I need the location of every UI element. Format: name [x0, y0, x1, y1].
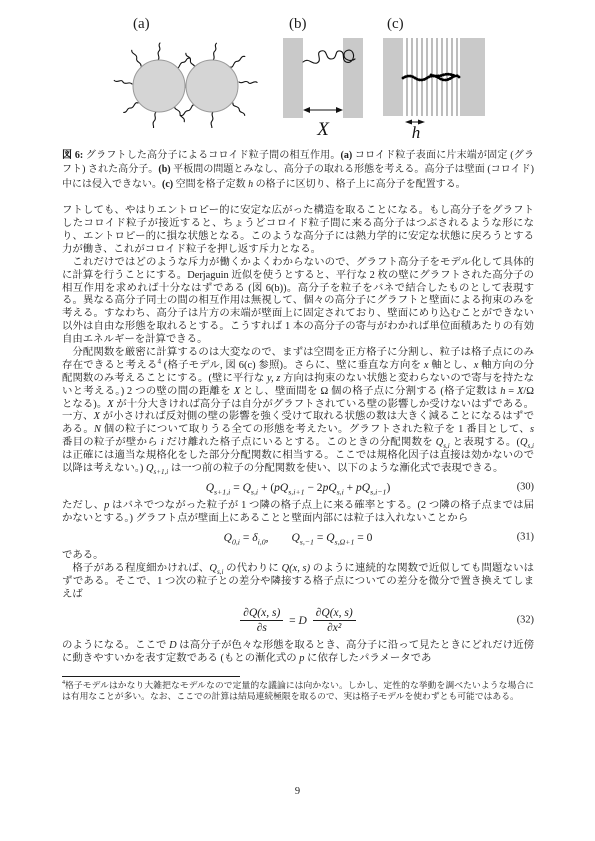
paragraph-6: 格子がある程度細かければ、Qs,i の代わりに Q(x, s) のように連続的な…: [62, 563, 534, 602]
equation-32: ∂Q(x, s) ∂s = D ∂Q(x, s) ∂x² (32): [62, 607, 534, 635]
equation-30: Qs+1,i = Qs,i + (pQs,i+1 − 2pQs,i + pQs,…: [62, 481, 534, 495]
left-wall: [283, 38, 303, 118]
footnote-separator: [62, 676, 240, 677]
equation-31-body: Q0,i = δi,0, Qs,−1 = Qs,Ω+1 = 0: [224, 532, 373, 544]
equation-30-body: Qs+1,i = Qs,i + (pQs,i+1 − 2pQs,i + pQs,…: [206, 482, 391, 494]
page-content: (a): [62, 14, 534, 703]
distance-arrow-x: [303, 107, 343, 113]
body-text: フトしても、やはりエントロピー的に安定な広がった構造を取ることになる。もし高分子…: [62, 205, 534, 666]
frac-denominator: ∂x²: [313, 621, 356, 635]
x-label: X: [316, 119, 330, 140]
subfigure-c: (c): [383, 14, 485, 140]
paragraph-5: である。: [62, 550, 534, 563]
subfigure-a: (a): [111, 14, 263, 128]
subfigure-b-label: (b): [289, 14, 363, 36]
figure-6-caption: 図 6: グラフトした高分子によるコロイド粒子間の相互作用。(a) コロイド粒子…: [62, 149, 534, 192]
left-wall: [383, 38, 403, 116]
right-wall: [460, 38, 485, 116]
subfigure-a-label: (a): [133, 14, 263, 36]
equation-32-rhs-fraction: ∂Q(x, s) ∂x²: [313, 607, 356, 635]
lattice-illustration: h: [383, 36, 485, 140]
colloid-particles-illustration: [111, 36, 263, 128]
frac-numerator: ∂Q(x, s): [313, 607, 356, 622]
figure-6: (a): [62, 14, 534, 140]
paragraph-3: 分配関数を厳密に計算するのは大変なので、まずは空間を正方格子に分割し、粒子は格子…: [62, 347, 534, 476]
paragraph-1: フトしても、やはりエントロピー的に安定な広がった構造を取ることになる。もし高分子…: [62, 205, 534, 257]
bead-chain-cluster: [431, 74, 455, 76]
colloid-particle-left: [133, 60, 185, 112]
equation-31-number: (31): [517, 532, 534, 545]
paragraph-4: ただし、p はバネでつながった粒子が 1 つ隣の格子点上に来る確率とする。(2 …: [62, 500, 534, 526]
paragraph-7: のようになる。ここで D は高分子が色々な形態を取るとき、高分子に沿って見たとき…: [62, 640, 534, 666]
equation-30-number: (30): [517, 482, 534, 495]
walls-polymer-illustration: X: [283, 36, 363, 140]
equation-31: Q0,i = δi,0, Qs,−1 = Qs,Ω+1 = 0 (31): [62, 531, 534, 545]
paper-page: (a): [0, 0, 595, 841]
subfigure-b: (b) X: [283, 14, 363, 140]
footnote-4: 4格子モデルはかなり大雑把なモデルなので定量的な議論には向かない。しかし、定性的…: [62, 680, 534, 703]
paragraph-2: これだけではどのような斥力が働くかよくわからないので、グラフト高分子をモデル化し…: [62, 257, 534, 347]
frac-denominator: ∂s: [240, 621, 283, 635]
equation-32-middle: = D: [289, 615, 307, 627]
page-number: 9: [0, 786, 595, 797]
equation-32-lhs-fraction: ∂Q(x, s) ∂s: [240, 607, 283, 635]
frac-numerator: ∂Q(x, s): [240, 607, 283, 622]
subfigure-c-label: (c): [387, 14, 485, 36]
right-wall: [343, 38, 363, 118]
equation-32-number: (32): [517, 614, 534, 627]
colloid-particle-right: [186, 60, 238, 112]
h-label: h: [412, 123, 421, 140]
